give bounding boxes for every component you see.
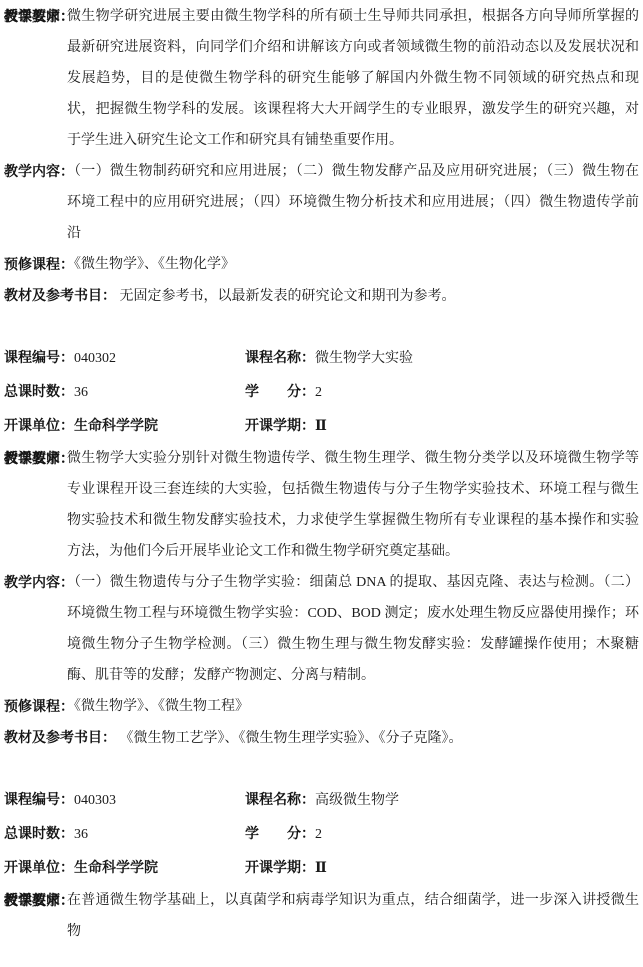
semester-value: Ⅱ [315, 419, 327, 434]
credits: 学 分：2 [245, 375, 639, 409]
course-number-label: 课程编号： [4, 791, 74, 807]
total-hours-value: 36 [74, 385, 88, 400]
teaching-requirements-label: 教学要求： [4, 885, 74, 916]
textbooks-text: 无固定参考书，以最新发表的研究论文和期刊为参考。 [120, 289, 456, 304]
course-header-row-2: 总课时数：36 学 分：2 [4, 375, 639, 409]
total-hours-value: 36 [74, 827, 88, 842]
teaching-requirements-label: 教学要求： [4, 1, 74, 32]
course-number-label: 课程编号： [4, 349, 74, 365]
textbooks-field: 教材及参考书目： 《微生物工艺学》、《微生物生理学实验》、《分子克隆》。 [4, 722, 639, 754]
credits-value: 2 [315, 827, 322, 842]
course-header: 课程编号：040303 课程名称：高级微生物学 总课时数：36 学 分：2 开课… [4, 783, 639, 885]
textbooks-text: 《微生物工艺学》、《微生物生理学实验》、《分子克隆》。 [120, 731, 463, 746]
offering-unit: 开课单位：生命科学学院 [4, 409, 245, 443]
teaching-requirements-field: 教学要求： 微生物学大实验分别针对微生物遗传学、微生物生理学、微生物分类学以及环… [4, 443, 639, 567]
course-name: 课程名称：高级微生物学 [245, 783, 639, 817]
course-header: 课程编号：040302 课程名称：微生物学大实验 总课时数：36 学 分：2 开… [4, 341, 639, 443]
prerequisite-courses-field: 预修课程： 《微生物学》、《生物化学》 [4, 249, 639, 280]
credits-label: 学 分： [245, 825, 315, 841]
semester-label: 开课学期： [245, 417, 315, 433]
course-number-value: 040302 [74, 351, 116, 366]
teaching-requirements-field: 教学要求： 微生物学研究进展主要由微生物学科的所有硕士生导师共同承担，根据各方向… [4, 1, 639, 156]
course-header-row-3: 开课单位：生命科学学院 开课学期：Ⅱ [4, 851, 639, 885]
total-hours: 总课时数：36 [4, 375, 245, 409]
prerequisite-courses-label: 预修课程： [4, 249, 74, 280]
teaching-requirements-label: 教学要求： [4, 443, 74, 474]
textbooks-label: 教材及参考书目： [4, 729, 116, 745]
teaching-requirements-text: 在普通微生物学基础上，以真菌学和病毒学知识为重点，结合细菌学，进一步深入讲授微生… [67, 893, 639, 939]
course-header-row-2: 总课时数：36 学 分：2 [4, 817, 639, 851]
textbooks-label: 教材及参考书目： [4, 287, 116, 303]
course-number: 课程编号：040303 [4, 783, 245, 817]
course-header-row-1: 课程编号：040302 课程名称：微生物学大实验 [4, 341, 639, 375]
course-name-label: 课程名称： [245, 349, 315, 365]
course-header-row-1: 课程编号：040303 课程名称：高级微生物学 [4, 783, 639, 817]
teaching-content-text: （一）微生物制药研究和应用进展；（二）微生物发酵产品及应用研究进展；（三）微生物… [67, 164, 639, 241]
prerequisite-courses-text: 《微生物学》、《微生物工程》 [67, 699, 249, 714]
credits: 学 分：2 [245, 817, 639, 851]
semester-label: 开课学期： [245, 859, 315, 875]
course-name: 课程名称：微生物学大实验 [245, 341, 639, 375]
offering-unit-label: 开课单位： [4, 859, 74, 875]
course-section-040302: 课程编号：040302 课程名称：微生物学大实验 总课时数：36 学 分：2 开… [4, 341, 639, 754]
course-section-040303: 课程编号：040303 课程名称：高级微生物学 总课时数：36 学 分：2 开课… [4, 783, 639, 947]
prerequisite-courses-label: 预修课程： [4, 691, 74, 722]
offering-unit-label: 开课单位： [4, 417, 74, 433]
prerequisite-courses-field: 预修课程： 《微生物学》、《微生物工程》 [4, 691, 639, 722]
teaching-content-field: 教学内容： （一）微生物遗传与分子生物学实验：细菌总 DNA 的提取、基因克隆、… [4, 567, 639, 691]
semester: 开课学期：Ⅱ [245, 409, 639, 443]
total-hours-label: 总课时数： [4, 825, 74, 841]
offering-unit-value: 生命科学学院 [74, 859, 158, 875]
teaching-content-field: 教学内容： （一）微生物制药研究和应用进展；（二）微生物发酵产品及应用研究进展；… [4, 156, 639, 249]
course-section-top: 授课教师： 教学要求： 微生物学研究进展主要由微生物学科的所有硕士生导师共同承担… [4, 1, 639, 312]
teaching-content-label: 教学内容： [4, 567, 74, 598]
course-name-value: 高级微生物学 [315, 793, 399, 808]
total-hours: 总课时数：36 [4, 817, 245, 851]
textbooks-field: 教材及参考书目： 无固定参考书，以最新发表的研究论文和期刊为参考。 [4, 280, 639, 312]
total-hours-label: 总课时数： [4, 383, 74, 399]
course-number: 课程编号：040302 [4, 341, 245, 375]
course-number-value: 040303 [74, 793, 116, 808]
teaching-requirements-text: 微生物学研究进展主要由微生物学科的所有硕士生导师共同承担，根据各方向导师所掌握的… [67, 9, 639, 148]
offering-unit-value: 生命科学学院 [74, 417, 158, 433]
course-header-row-3: 开课单位：生命科学学院 开课学期：Ⅱ [4, 409, 639, 443]
semester-value: Ⅱ [315, 861, 327, 876]
course-name-label: 课程名称： [245, 791, 315, 807]
offering-unit: 开课单位：生命科学学院 [4, 851, 245, 885]
teaching-requirements-text: 微生物学大实验分别针对微生物遗传学、微生物生理学、微生物分类学以及环境微生物学等… [67, 451, 639, 559]
prerequisite-courses-text: 《微生物学》、《生物化学》 [67, 257, 235, 272]
semester: 开课学期：Ⅱ [245, 851, 639, 885]
teaching-content-text: （一）微生物遗传与分子生物学实验：细菌总 DNA 的提取、基因克隆、表达与检测。… [67, 575, 639, 683]
course-name-value: 微生物学大实验 [315, 351, 413, 366]
syllabus-page: 授课教师： 教学要求： 微生物学研究进展主要由微生物学科的所有硕士生导师共同承担… [0, 0, 643, 967]
teaching-content-label: 教学内容： [4, 156, 74, 187]
credits-label: 学 分： [245, 383, 315, 399]
teaching-requirements-field: 教学要求： 在普通微生物学基础上，以真菌学和病毒学知识为重点，结合细菌学，进一步… [4, 885, 639, 947]
credits-value: 2 [315, 385, 322, 400]
